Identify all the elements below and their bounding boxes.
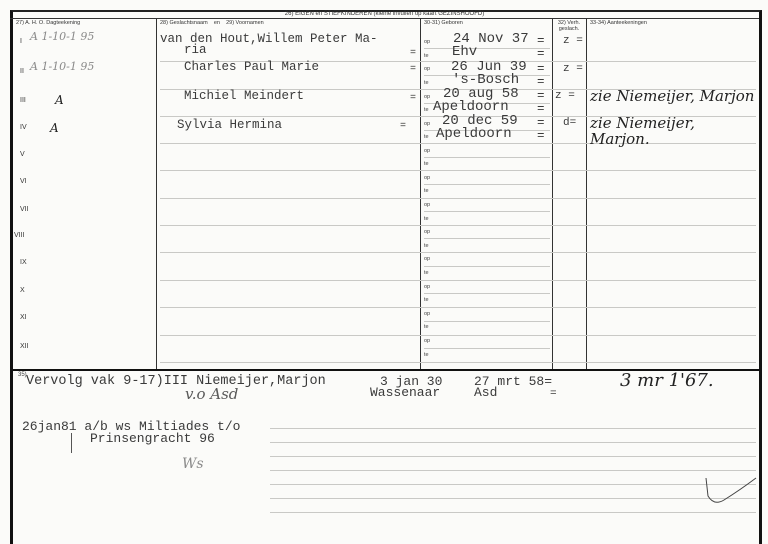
child-name: Sylvia Hermina [177, 119, 282, 132]
handwritten-flourish [700, 470, 760, 510]
divider-col32 [552, 18, 553, 370]
vervolg-eq: = [550, 388, 557, 401]
divider-col33 [586, 18, 587, 370]
col29-label: 29) Voornamen [226, 20, 264, 26]
row-number: II [20, 68, 24, 75]
row-number: VII [20, 206, 29, 213]
col28-en: en [214, 20, 220, 26]
row-number: I [20, 38, 22, 45]
te-label: te [424, 188, 429, 194]
child-name-cont: ria [184, 44, 207, 57]
ruled-line [160, 252, 756, 253]
handwritten-stroke [71, 433, 72, 453]
ruled-line [424, 238, 550, 239]
op-label: op [424, 284, 430, 290]
op-label: op [424, 256, 430, 262]
birth-place: Apeldoorn [436, 128, 512, 141]
ruled-line [424, 48, 550, 49]
te-label: te [424, 107, 429, 113]
col28-label: 28) Geslachtsnaam [160, 20, 208, 26]
name-eq: = [410, 63, 416, 76]
op-label: op [424, 311, 430, 317]
ruled-line [424, 266, 550, 267]
name-eq: = [400, 120, 406, 133]
dagteekening-handwritten: A [50, 121, 59, 135]
dagteekening-handwritten: A [55, 93, 64, 107]
ruled-line [160, 225, 756, 226]
dagteekening-handwritten: A 1-10-1 95 [30, 60, 94, 73]
te-label: te [424, 134, 429, 140]
op-label: op [424, 175, 430, 181]
col27-header: 27) A. H. O. Dagteekening [16, 20, 80, 26]
ruled-line [270, 428, 756, 429]
child-name: Michiel Meindert [184, 90, 304, 103]
ruled-line [160, 170, 756, 171]
op-label: op [424, 94, 430, 100]
op-label: op [424, 229, 430, 235]
name-eq: = [410, 47, 416, 60]
dagteekening-handwritten: A 1-10-1 95 [30, 30, 94, 43]
te-label: te [424, 324, 429, 330]
row-number: III [20, 97, 26, 104]
vervolg-line3: Prinsengracht 96 [90, 432, 215, 445]
eq-te: = [537, 76, 545, 89]
verh-value: z = [563, 63, 583, 76]
te-label: te [424, 243, 429, 249]
col33-header: 33-34) Aanteekeningen [590, 20, 647, 26]
col28-header: 28) Geslachtsnaam en 29) Voornamen [160, 20, 264, 26]
ruled-line [160, 198, 756, 199]
aanteekening-handwritten: zie Niemeijer, Marjon. [590, 115, 758, 147]
verh-value: z = [555, 90, 575, 103]
eq-te: = [537, 103, 545, 116]
verh-value: d= [563, 117, 576, 130]
row-number: V [20, 151, 25, 158]
op-label: op [424, 121, 430, 127]
ruled-line [424, 321, 550, 322]
op-label: op [424, 148, 430, 154]
eq-te: = [537, 48, 545, 61]
col30-header: 30-31) Geboren [424, 20, 463, 26]
row-number: VI [20, 178, 27, 185]
ruled-line [270, 470, 756, 471]
birth-place: Ehv [452, 46, 477, 59]
ruled-line [160, 362, 756, 363]
handwritten-note-under: v.o Asd [185, 385, 238, 403]
te-label: te [424, 297, 429, 303]
ruled-line [270, 442, 756, 443]
row-number: XII [20, 343, 29, 350]
vervolg-birth-place: Wassenaar [370, 386, 440, 399]
op-label: op [424, 66, 430, 72]
te-label: te [424, 352, 429, 358]
ruled-line [160, 307, 756, 308]
row-number: IX [20, 259, 27, 266]
ruled-line [270, 498, 756, 499]
aanteekening-handwritten: zie Niemeijer, Marjon [590, 88, 758, 104]
vervolg-line1: Vervolg vak 9-17)III Niemeijer,Marjon [26, 375, 326, 388]
row-number: VIII [14, 232, 25, 239]
ruled-line [424, 184, 550, 185]
te-label: te [424, 80, 429, 86]
ruled-line [270, 512, 756, 513]
handwritten-date: 3 mr 1'67. [620, 370, 714, 391]
ruled-line [424, 211, 550, 212]
eq-te: = [537, 130, 545, 143]
te-label: te [424, 270, 429, 276]
handwritten-initials: Ws [182, 456, 204, 472]
registration-card: 26) EIGEN en STIEFKINDEREN (kleine invul… [0, 0, 768, 544]
section-title: 26) EIGEN en STIEFKINDEREN (kleine invul… [10, 10, 759, 19]
verh-value: z = [563, 35, 583, 48]
name-eq: = [410, 92, 416, 105]
ruled-line [424, 293, 550, 294]
col32-header: 32) Verh. geslach. [554, 20, 584, 32]
op-label: op [424, 39, 430, 45]
ruled-line [424, 348, 550, 349]
divider-col30 [420, 18, 421, 370]
divider-col28 [156, 18, 157, 370]
ruled-line [160, 335, 756, 336]
te-label: te [424, 216, 429, 222]
row-number: IV [20, 124, 27, 131]
ruled-line [160, 280, 756, 281]
op-label: op [424, 338, 430, 344]
ruled-line [270, 456, 756, 457]
row-number: XI [20, 314, 27, 321]
ruled-line [270, 484, 756, 485]
vervolg-marriage-place: Asd [474, 386, 497, 399]
row-number: X [20, 287, 25, 294]
child-name: Charles Paul Marie [184, 61, 319, 74]
op-label: op [424, 202, 430, 208]
te-label: te [424, 53, 429, 59]
te-label: te [424, 161, 429, 167]
ruled-line [424, 157, 550, 158]
